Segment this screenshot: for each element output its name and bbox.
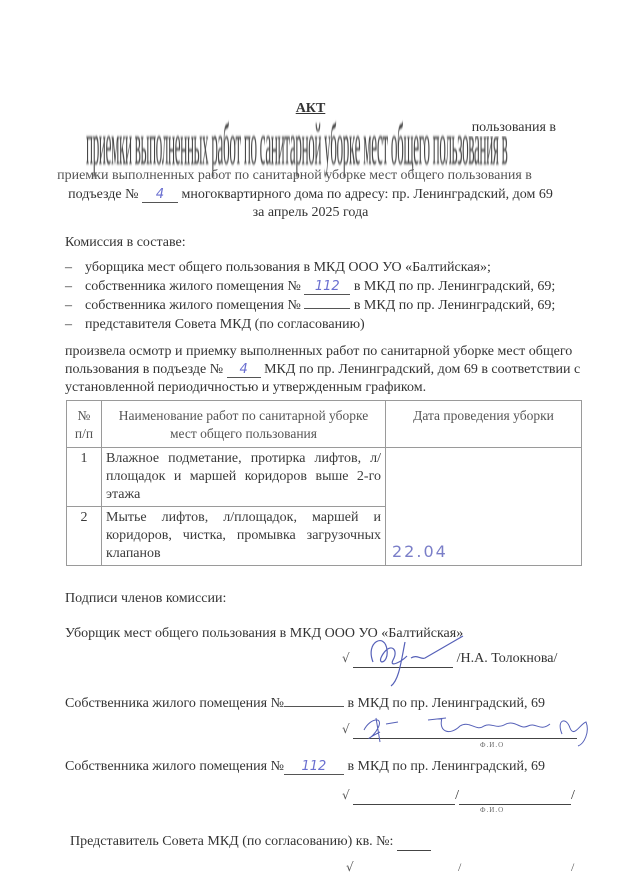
works-table: № п/п Наименование работ по санитарной у…: [66, 400, 582, 566]
council-signature-line: √: [346, 860, 354, 875]
heading-entrance-label: подъезде №: [68, 187, 138, 202]
member-text: представителя Совета МКД (по согласовани…: [85, 317, 365, 332]
document-title: АКТ: [0, 101, 621, 117]
statement-entrance-field: 4: [227, 363, 261, 378]
signature-blank: [353, 788, 455, 805]
row-num: 1: [67, 448, 102, 507]
apartment-number-handwritten: 112: [315, 279, 340, 294]
bullet-dash: –: [65, 317, 85, 333]
apartment-number-field: 112: [304, 280, 350, 295]
entrance-number-field: 4: [142, 188, 178, 203]
check-mark: √: [342, 722, 350, 736]
bullet-dash: –: [65, 298, 85, 314]
statement-entrance-handwritten: 4: [239, 362, 247, 377]
owner1-apartment-field: [284, 706, 344, 707]
owner1-label-before: Собственника жилого помещения №: [65, 696, 284, 711]
cleaner-name: /Н.А. Толокнова/: [457, 651, 558, 666]
commission-member-1: –уборщика мест общего пользования в МКД …: [65, 260, 491, 276]
table-row: 1 Влажное подметание, протирка лифтов, л…: [67, 448, 582, 507]
member-text-after: в МКД по пр. Ленинградский, 69;: [354, 279, 556, 294]
header-num: № п/п: [67, 401, 102, 448]
date-handwritten: 22.04: [392, 543, 448, 561]
row-num: 2: [67, 507, 102, 566]
check-mark: √: [342, 788, 350, 802]
header-date: Дата проведения уборки: [386, 401, 582, 448]
council-slash-1: /: [458, 860, 461, 875]
signature-scribble-icon: [350, 712, 610, 748]
owner2-label-before: Собственника жилого помещения №: [65, 759, 284, 774]
fio-blank: [459, 788, 571, 805]
statement-address: МКД по пр. Ленинградский, дом 69 в соотв…: [264, 362, 580, 377]
entrance-number-handwritten: 4: [156, 187, 164, 202]
owner2-signature-line: √ / /: [342, 788, 575, 805]
council-label-text: Представитель Совета МКД (по согласовани…: [70, 834, 393, 849]
council-label: Представитель Совета МКД (по согласовани…: [70, 834, 431, 851]
statement-entrance-label: пользования в подъезде №: [65, 362, 223, 377]
owner1-label-after: в МКД по пр. Ленинградский, 69: [347, 696, 545, 711]
table-header-row: № п/п Наименование работ по санитарной у…: [67, 401, 582, 448]
owner2-fio-caption: Ф.И.О: [480, 806, 504, 814]
heading-period: за апрель 2025 года: [0, 205, 621, 221]
signature-scribble-icon: [355, 632, 465, 692]
commission-member-3: –собственника жилого помещения № в МКД п…: [65, 298, 555, 314]
owner2-apartment: 112: [302, 759, 327, 774]
date-cell: 22.04: [386, 448, 582, 566]
heading-line1-repeat: приемки выполненных работ по санитарной …: [0, 168, 605, 184]
check-mark: √: [342, 651, 350, 665]
heading-line1-tail: пользования в: [469, 120, 556, 136]
member-text: собственника жилого помещения №: [85, 298, 301, 313]
owner2-label: Собственника жилого помещения №112 в МКД…: [65, 759, 545, 775]
member-text-after: в МКД по пр. Ленинградский, 69;: [354, 298, 556, 313]
member-text: уборщика мест общего пользования в МКД О…: [85, 260, 491, 275]
row-work-name: Влажное подметание, протирка лифтов, л/п…: [102, 448, 386, 507]
bullet-dash: –: [65, 260, 85, 276]
statement-line2: пользования в подъезде № 4 МКД по пр. Ле…: [65, 362, 580, 378]
header-name: Наименование работ по санитарной уборке …: [102, 401, 386, 448]
heading-address: многоквартирного дома по адресу: пр. Лен…: [181, 187, 552, 202]
heading-line1: приемки выполненных работ по санитарной …: [57, 168, 532, 183]
statement-line3: установленной периодичностью и утвержден…: [65, 380, 426, 396]
commission-intro: Комиссия в составе:: [65, 235, 186, 251]
owner1-label: Собственника жилого помещения № в МКД по…: [65, 696, 545, 712]
statement-line1: произвела осмотр и приемку выполненных р…: [65, 344, 572, 360]
commission-member-2: –собственника жилого помещения № 112 в М…: [65, 279, 555, 295]
heading-line2: подъезде № 4 многоквартирного дома по ад…: [0, 187, 621, 203]
apartment-number-field: [304, 308, 350, 309]
signatures-heading: Подписи членов комиссии:: [65, 591, 226, 607]
member-text: собственника жилого помещения №: [85, 279, 301, 294]
slash-separator: /: [571, 788, 575, 803]
bullet-dash: –: [65, 279, 85, 295]
commission-member-4: –представителя Совета МКД (по согласован…: [65, 317, 365, 333]
owner2-apartment-field: 112: [284, 760, 344, 775]
council-apartment-field: [397, 834, 431, 851]
owner2-label-after: в МКД по пр. Ленинградский, 69: [347, 759, 545, 774]
row-work-name: Мытье лифтов, л/площадок, маршей и корид…: [102, 507, 386, 566]
check-mark: √: [346, 860, 354, 874]
council-slash-2: /: [571, 860, 574, 875]
